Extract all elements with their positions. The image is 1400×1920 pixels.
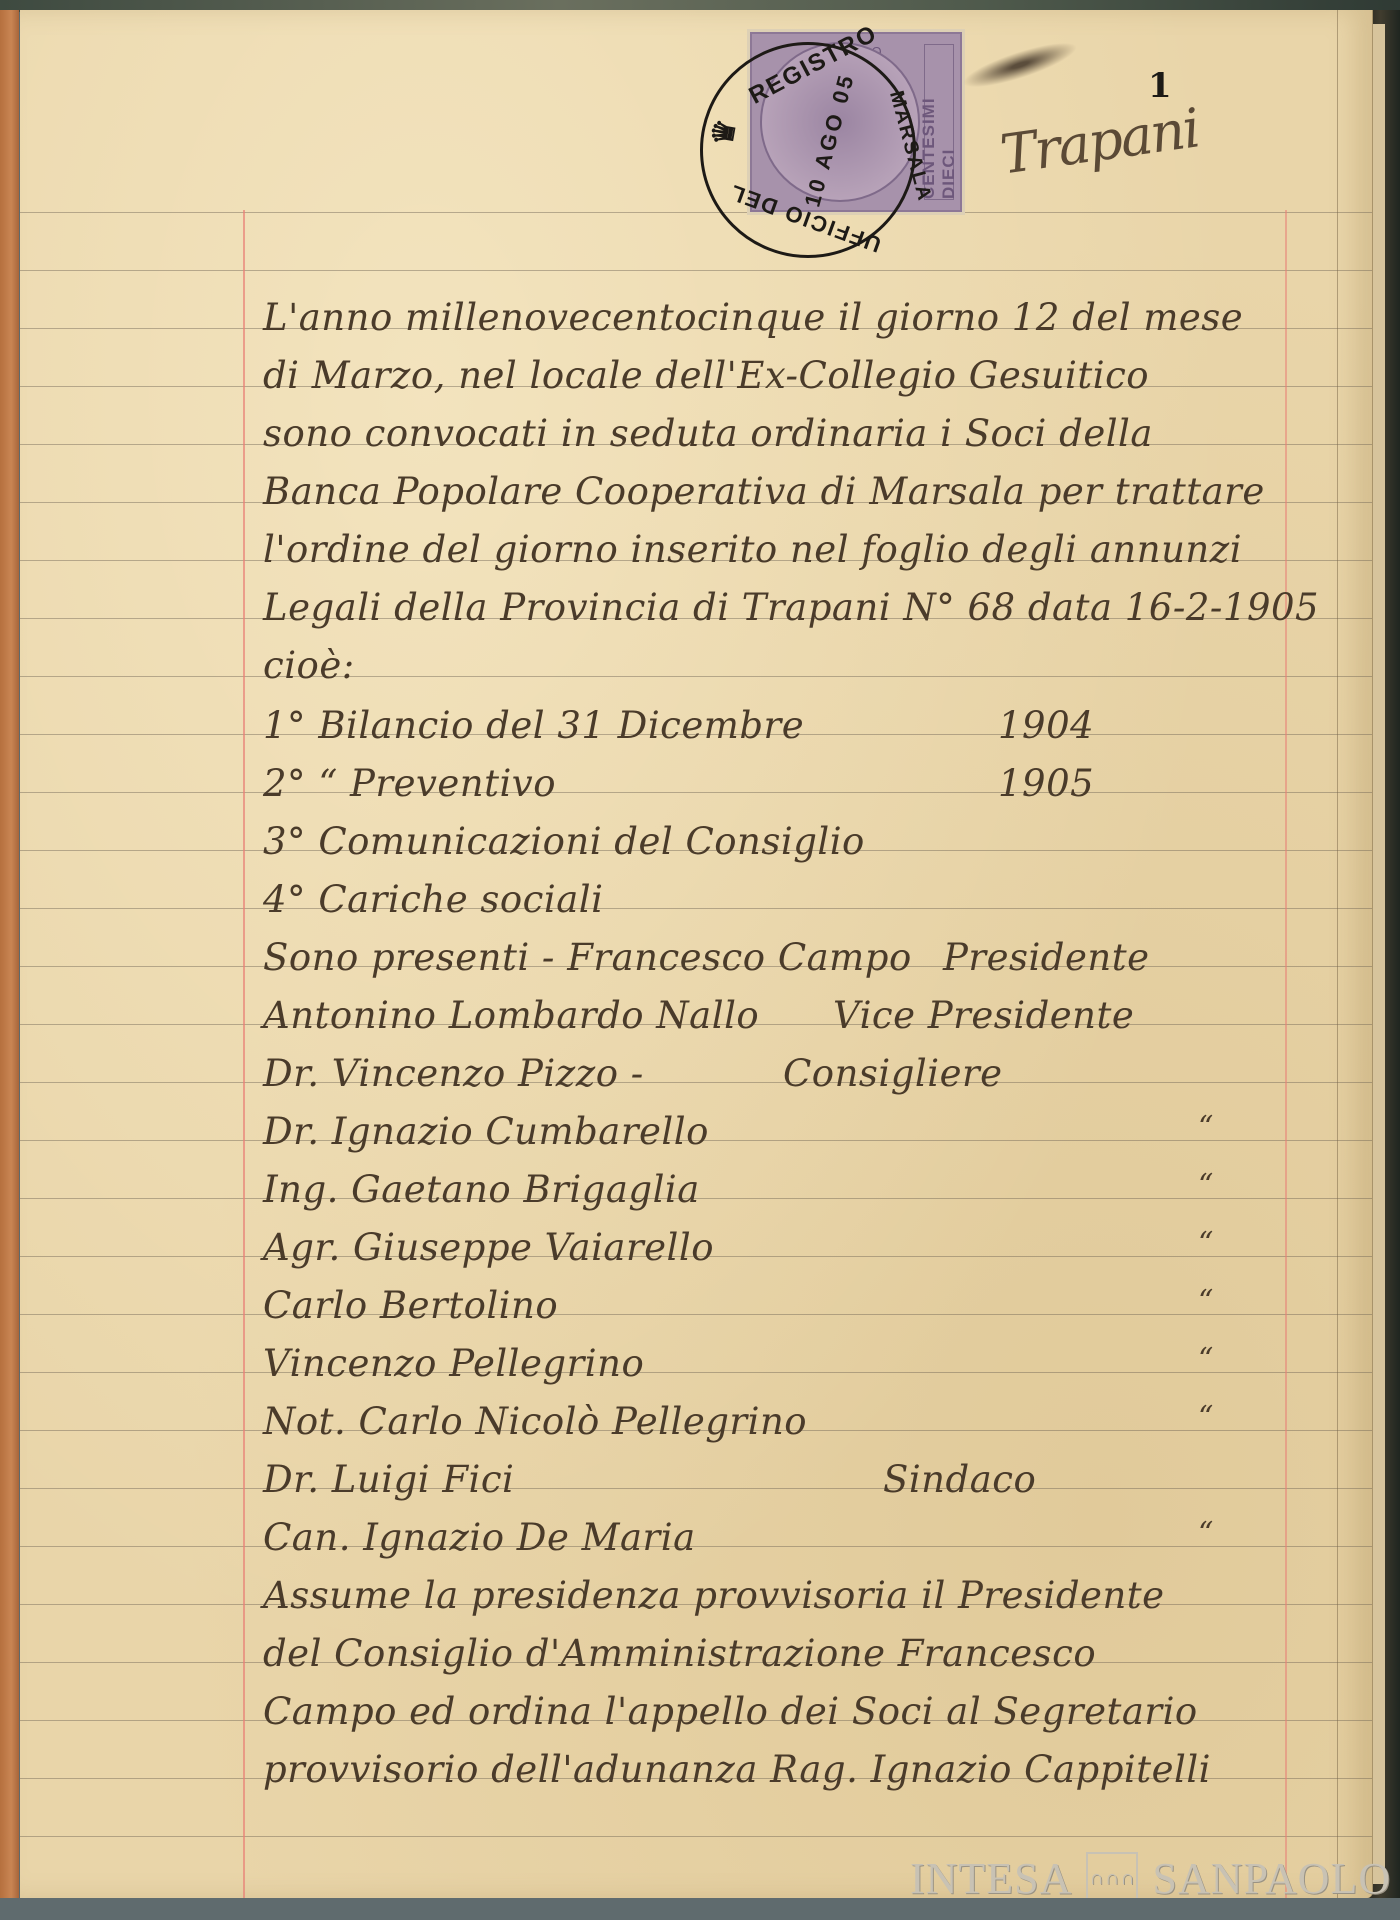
agenda-text: Bilancio del 31 Dicembre [318,704,804,747]
attendee-role: “ [1198,1284,1214,1319]
background-bottom [0,1898,1400,1920]
body-line: l'ordine del giorno inserito nel foglio … [263,528,1242,571]
ruled-line [20,1372,1372,1373]
agenda-item: 1° Bilancio del 31 Dicembre 1904 [263,704,804,747]
attendee-name: Not. Carlo Nicolò Pellegrino [263,1400,807,1443]
bridge-arches-icon: ∩∩∩ [1086,1852,1138,1904]
agenda-item: 2° “ Preventivo 1905 [263,762,556,805]
attendee-row: Can. Ignazio De Maria “ [263,1516,696,1559]
agenda-item: 3° Comunicazioni del Consiglio [263,820,865,863]
agenda-num: 4° [263,878,306,921]
ruled-line [20,270,1372,271]
postmark-date-text: 10 AGO 05 [799,70,860,210]
attendee-row: Ing. Gaetano Brigaglia “ [263,1168,700,1211]
agenda-text: Cariche sociali [318,878,603,921]
intesa-sanpaolo-watermark: INTESA ∩∩∩ SANPAOLO [910,1852,1391,1904]
attendee-row: Dr. Vincenzo Pizzo - Consigliere [263,1052,644,1095]
attendee-role: “ [1198,1516,1214,1551]
next-page-edge [1372,24,1385,1884]
ruled-line [20,1836,1372,1837]
registry-postmark: REGISTRO MARSALA UFFICIO DEL 10 AGO 05 ♛ [700,42,916,258]
body-line: Legali della Provincia di Trapani N° 68 … [263,586,1319,629]
agenda-year: 1905 [998,762,1094,805]
attendee-row: Vincenzo Pellegrino “ [263,1342,644,1385]
attendee-name: Dr. Ignazio Cumbarello [263,1110,709,1153]
right-margin-line [1285,210,1287,1900]
ruled-line [20,676,1372,677]
body-line: sono convocati in seduta ordinaria i Soc… [263,412,1153,455]
attendee-row: Carlo Bertolino “ [263,1284,558,1327]
attendee-row: Sono presenti - Francesco Campo Presiden… [263,936,912,979]
page-fold-line [1337,10,1338,1898]
ruled-line [20,1546,1372,1547]
closing-line: del Consiglio d'Amministrazione Francesc… [263,1632,1096,1675]
closing-line: Assume la presidenza provvisoria il Pres… [263,1574,1165,1617]
ruled-line [20,792,1372,793]
attendee-name: Dr. Luigi Fici [263,1458,514,1501]
agenda-item: 4° Cariche sociali [263,878,603,921]
attendee-role: “ [1198,1400,1214,1435]
attendee-role: “ [1198,1342,1214,1377]
agenda-year: 1904 [998,704,1094,747]
watermark-right-text: SANPAOLO [1152,1853,1391,1904]
attendee-name: Ing. Gaetano Brigaglia [263,1168,700,1211]
closing-line: provvisorio dell'adunanza Rag. Ignazio C… [263,1748,1211,1791]
attendee-name: Carlo Bertolino [263,1284,558,1327]
present-intro: Sono presenti - [263,936,555,979]
attendee-row: Agr. Giuseppe Vaiarello “ [263,1226,714,1269]
body-line: L'anno millenovecentocinque il giorno 12… [263,296,1243,339]
attendee-role: “ [1198,1110,1214,1145]
attendee-role: Presidente [943,936,1149,979]
attendee-row: Antonino Lombardo Nallo Vice Presidente [263,994,759,1037]
left-margin-line [243,210,245,1900]
ruled-line [20,1082,1372,1083]
ruled-line [20,212,1372,213]
agenda-num: 2° [263,762,306,805]
attendee-name: Can. Ignazio De Maria [263,1516,696,1559]
agenda-text: “ Preventivo [318,762,556,805]
watermark-left-text: INTESA [910,1853,1072,1904]
attendee-name: Francesco Campo [567,936,912,979]
attendee-name: Vincenzo Pellegrino [263,1342,644,1385]
body-line: Banca Popolare Cooperativa di Marsala pe… [263,470,1265,513]
attendee-role: Sindaco [883,1458,1036,1501]
agenda-num: 3° [263,820,306,863]
attendee-role: “ [1198,1226,1214,1261]
body-line: di Marzo, nel locale dell'Ex-Collegio Ge… [263,354,1149,397]
attendee-name: Agr. Giuseppe Vaiarello [263,1226,714,1269]
attendee-role: Consigliere [783,1052,1003,1095]
closing-line: Campo ed ordina l'appello dei Soci al Se… [263,1690,1198,1733]
agenda-num: 1° [263,704,306,747]
attendee-role: “ [1198,1168,1214,1203]
attendee-name: Dr. Vincenzo Pizzo - [263,1052,644,1095]
attendee-row: Not. Carlo Nicolò Pellegrino “ [263,1400,807,1443]
attendee-name: Antonino Lombardo Nallo [263,994,759,1037]
agenda-text: Comunicazioni del Consiglio [318,820,865,863]
body-line: cioè: [263,644,355,687]
attendee-role: Vice Presidente [833,994,1134,1037]
book-cover-edge [0,10,19,1898]
attendee-row: Dr. Ignazio Cumbarello “ [263,1110,709,1153]
attendee-row: Dr. Luigi Fici Sindaco [263,1458,514,1501]
ruled-line [20,1314,1372,1315]
crown-icon: ♛ [705,116,744,149]
ruled-line [20,1488,1372,1489]
ruled-line [20,908,1372,909]
